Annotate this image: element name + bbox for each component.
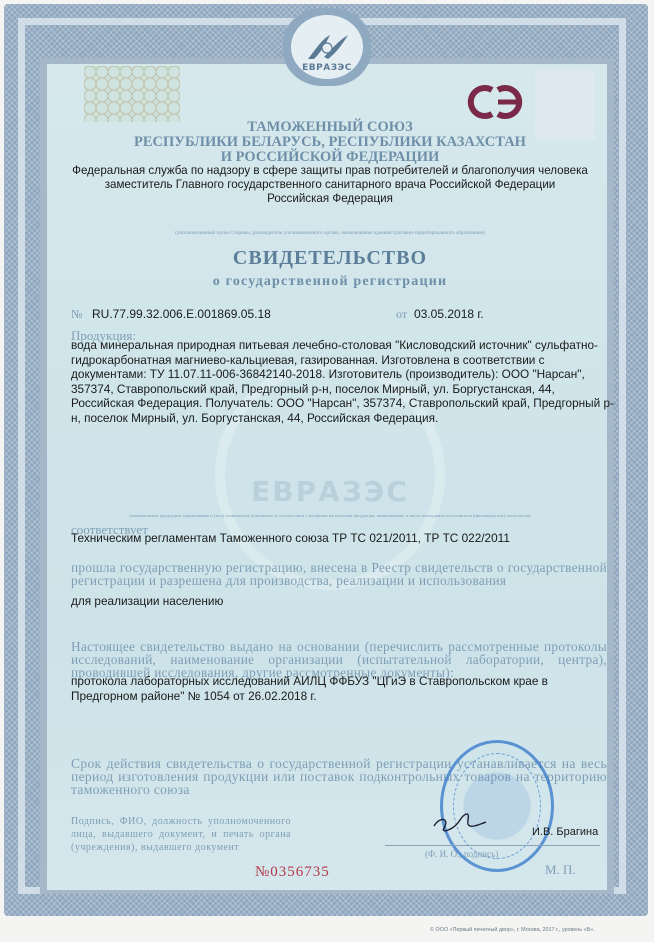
authority-line-2: заместитель Главного государственного са… [60,178,600,192]
emblem-label: ЕВРАЗЭС [302,63,352,73]
product-caption: (наименование продукции, нормативные и (… [60,513,600,518]
product-description: вода минеральная природная питьевая лече… [71,338,619,425]
handwritten-signature-icon [430,808,490,838]
authority-caption: (уполномоченный орган Стороны, руководит… [60,230,600,236]
registered-label: прошла государственную регистрацию, внес… [71,561,607,587]
registration-number: RU.77.99.32.006.Е.001869.05.18 [92,307,271,321]
certificate-subtitle: о государственной регистрации [60,274,600,290]
eurasec-emblem-icon [304,31,350,61]
union-title-line-1: ТАМОЖЕННЫЙ СОЮЗ [60,120,600,135]
authority-line-3: Российская Федерация [60,192,600,206]
signature-label: Подпись, ФИО, должность уполномоченного … [71,815,291,854]
authority-line-1: Федеральная служба по надзору в сфере за… [60,164,600,178]
number-label: № [71,307,82,322]
signature-line [385,845,600,846]
union-title-line-2: РЕСПУБЛИКИ БЕЛАРУСЬ, РЕСПУБЛИКИ КАЗАХСТА… [60,135,600,150]
union-title-line-3: И РОССИЙСКОЙ ФЕДЕРАЦИИ [60,150,600,165]
date-label: от [396,307,407,322]
se-conformity-mark-icon [462,82,528,122]
form-serial-number: №0356735 [255,864,330,881]
hologram-strip [84,66,180,122]
seal-label: М. П. [545,862,576,878]
registered-usage: для реализации населению [71,594,619,609]
compliance-text: Техническим регламентам Таможенного союз… [71,531,619,546]
eurasec-emblem: ЕВРАЗЭС [283,8,371,86]
registration-date: 03.05.2018 г. [414,307,484,321]
printer-imprint: © ООО «Первый печатный двор», г. Москва,… [430,927,595,933]
watermark-text: ЕВРАЗЭС [230,475,430,508]
basis-text: протокола лабораторных исследований АИЛЦ… [71,674,607,703]
signatory-name: И.В. Брагина [532,826,598,838]
certificate-title: СВИДЕТЕЛЬСТВО [60,247,600,270]
fio-caption: (Ф. И. О., подпись) [425,849,498,859]
